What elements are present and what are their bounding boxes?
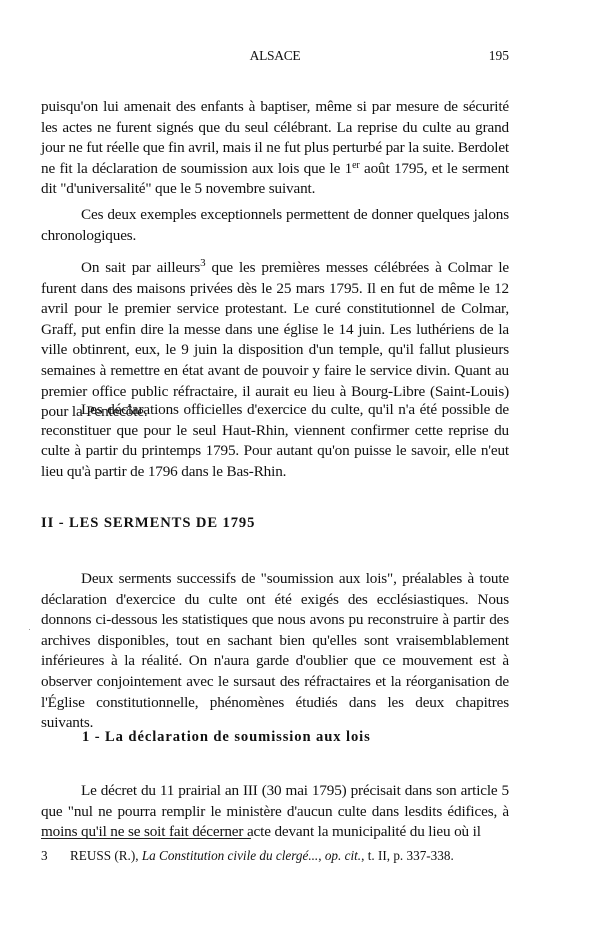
footnote-3: 3REUSS (R.), La Constitution civile du c… [41, 847, 521, 865]
paragraph-text: On sait par ailleurs [81, 259, 200, 276]
paragraph-text: Deux serments successifs de "soumission … [41, 570, 509, 731]
footnote-title: La Constitution civile du clergé... [142, 848, 318, 863]
page-number: 195 [489, 48, 509, 64]
paragraph-text: Ces deux exemples exceptionnels permette… [41, 206, 509, 244]
paragraph-colmar: On sait par ailleurs3 que les premières … [41, 258, 509, 423]
paragraph-text: Les déclarations officielles d'exercice … [41, 401, 509, 480]
footnote-separator-text: , [318, 848, 325, 863]
paragraph-decret: Le décret du 11 prairial an III (30 mai … [41, 781, 509, 843]
footnote-opcit: op. cit. [325, 848, 361, 863]
paragraph-text: Le décret du 11 prairial an III (30 mai … [41, 782, 509, 840]
footnote-text: REUSS (R.), La Constitution civile du cl… [70, 848, 454, 863]
scan-speck [29, 629, 30, 630]
superscript-er: er [352, 160, 359, 171]
paragraph-continuation: puisqu'on lui amenait des enfants à bapt… [41, 97, 509, 200]
footnote-number: 3 [41, 847, 70, 865]
subsection-heading: 1 - La déclaration de soumission aux loi… [82, 729, 371, 746]
section-heading: II - LES SERMENTS DE 1795 [41, 515, 255, 532]
footnote-locator: , t. II, p. 337-338. [361, 848, 454, 863]
paragraph-jalons: Ces deux exemples exceptionnels permette… [41, 205, 509, 246]
document-page: ALSACE 195 puisqu'on lui amenait des enf… [0, 0, 610, 946]
footnote-author: REUSS (R.), [70, 848, 142, 863]
paragraph-text: que les premières messes célébrées à Col… [41, 259, 509, 420]
paragraph-declarations: Les déclarations officielles d'exercice … [41, 400, 509, 482]
running-header: ALSACE 195 [41, 48, 509, 68]
footnote-separator [41, 838, 251, 839]
paragraph-serments: Deux serments successifs de "soumission … [41, 569, 509, 734]
running-title: ALSACE [41, 48, 509, 64]
